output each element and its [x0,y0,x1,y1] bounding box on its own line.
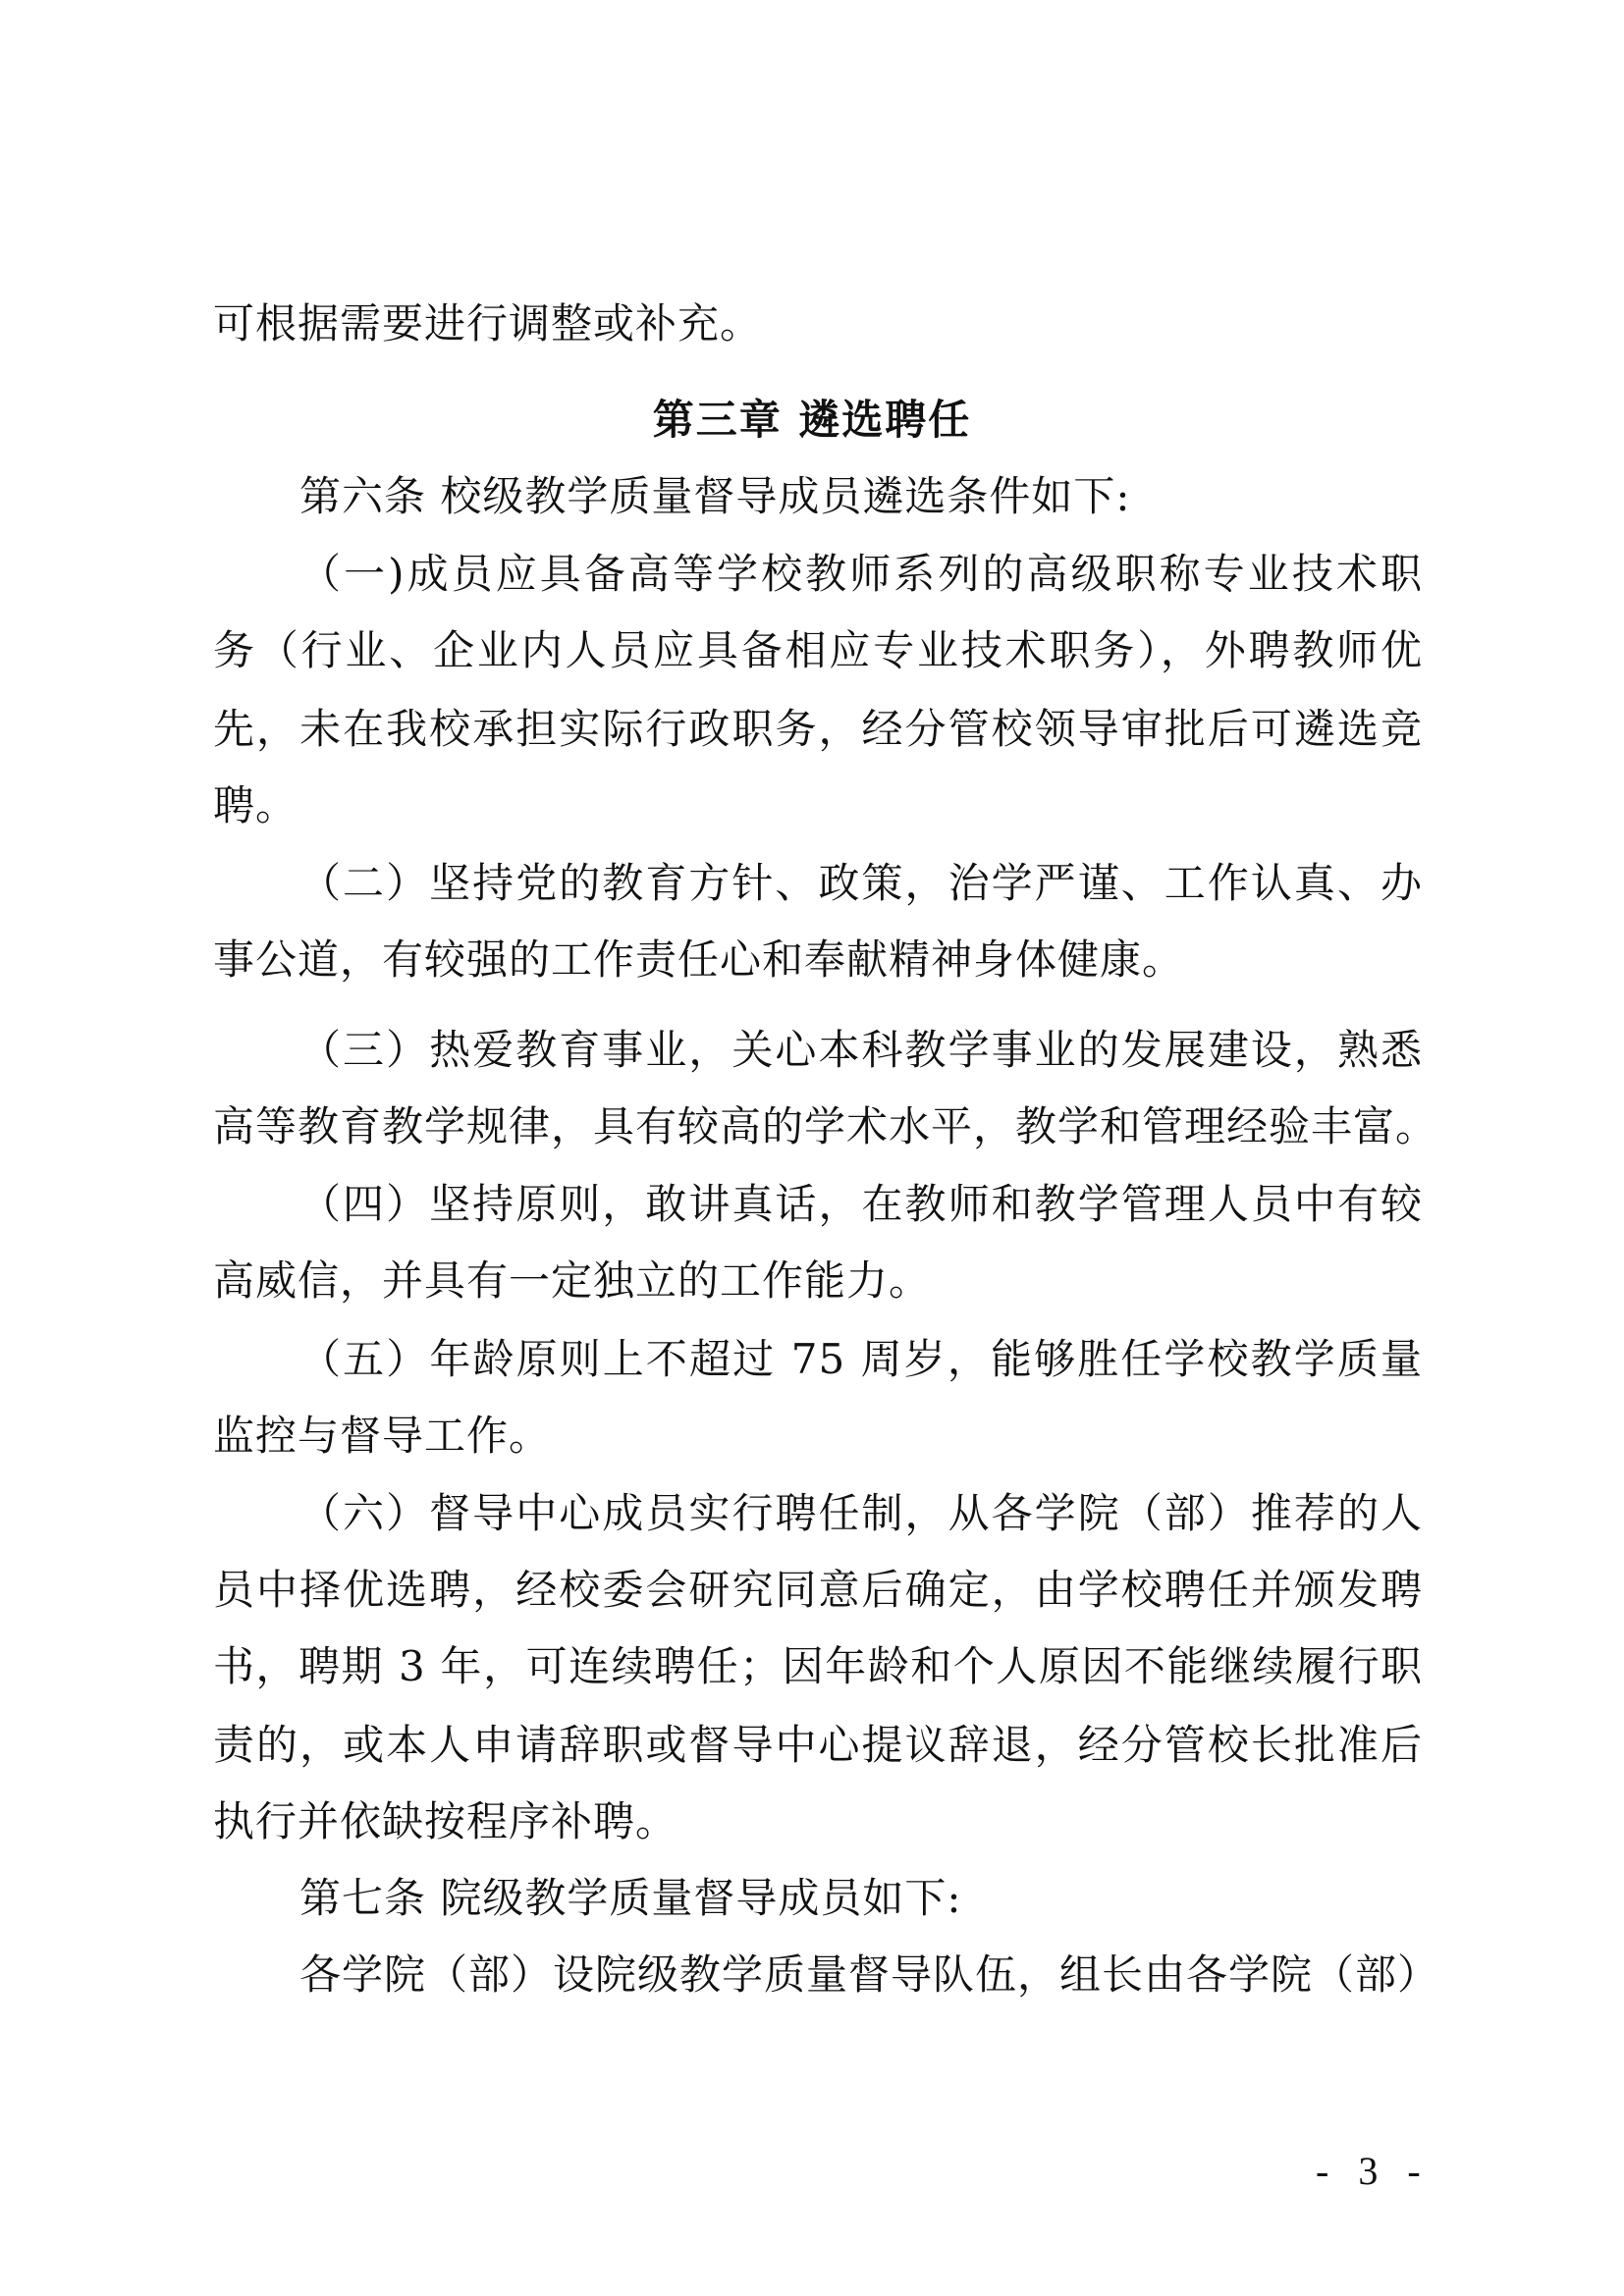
item-6-line-1: （六）督导中心成员实行聘任制，从各学院（部）推荐的人 [299,1486,1423,1541]
item-6-line-2: 员中择优选聘，经校委会研究同意后确定，由学校聘任并颁发聘 [213,1563,1423,1618]
article-7-heading: 第七条 院级教学质量督导成员如下: [299,1871,1423,1926]
item-4-line-1: （四）坚持原则，敢讲真话，在教师和教学管理人员中有较 [299,1177,1423,1232]
item-2-line-1: （二）坚持党的教育方针、政策，治学严谨、工作认真、办 [299,856,1423,911]
item-5-line-1: （五）年龄原则上不超过 75 周岁，能够胜任学校教学质量 [299,1332,1423,1387]
item-6-line-3: 书，聘期 3 年，可连续聘任；因年龄和个人原因不能继续履行职 [213,1639,1423,1694]
item-1-line-4: 聘。 [213,778,1423,833]
item-6-line-4: 责的，或本人申请辞职或督导中心提议辞退，经分管校长批准后 [213,1718,1423,1773]
page-number: - 3 - [1316,2150,1431,2193]
item-3-line-2: 高等教育教学规律，具有较高的学术水平，教学和管理经验丰富。 [213,1099,1423,1154]
item-2-line-2: 事公道，有较强的工作责任心和奉献精神身体健康。 [213,933,1423,988]
item-1-line-3: 先，未在我校承担实际行政职务，经分管校领导审批后可遴选竞 [213,702,1423,757]
item-5-line-2: 监控与督导工作。 [213,1409,1423,1464]
article-6-heading: 第六条 校级教学质量督导成员遴选条件如下: [299,469,1423,524]
item-4-line-2: 高威信，并具有一定独立的工作能力。 [213,1254,1423,1308]
chapter-title: 第三章 遴选聘任 [0,393,1624,448]
article-7-body: 各学院（部）设院级教学质量督导队伍，组长由各学院（部） [299,1948,1423,2002]
item-1-line-1: （一)成员应具备高等学校教师系列的高级职称专业技术职 [299,547,1423,602]
paragraph-continuation: 可根据需要进行调整或补充。 [213,296,1423,351]
item-3-line-1: （三）热爱教育事业，关心本科教学事业的发展建设，熟悉 [299,1023,1423,1078]
item-6-line-5: 执行并依缺按程序补聘。 [213,1794,1423,1849]
item-1-line-2: 务（行业、企业内人员应具备相应专业技术职务），外聘教师优 [213,623,1423,678]
